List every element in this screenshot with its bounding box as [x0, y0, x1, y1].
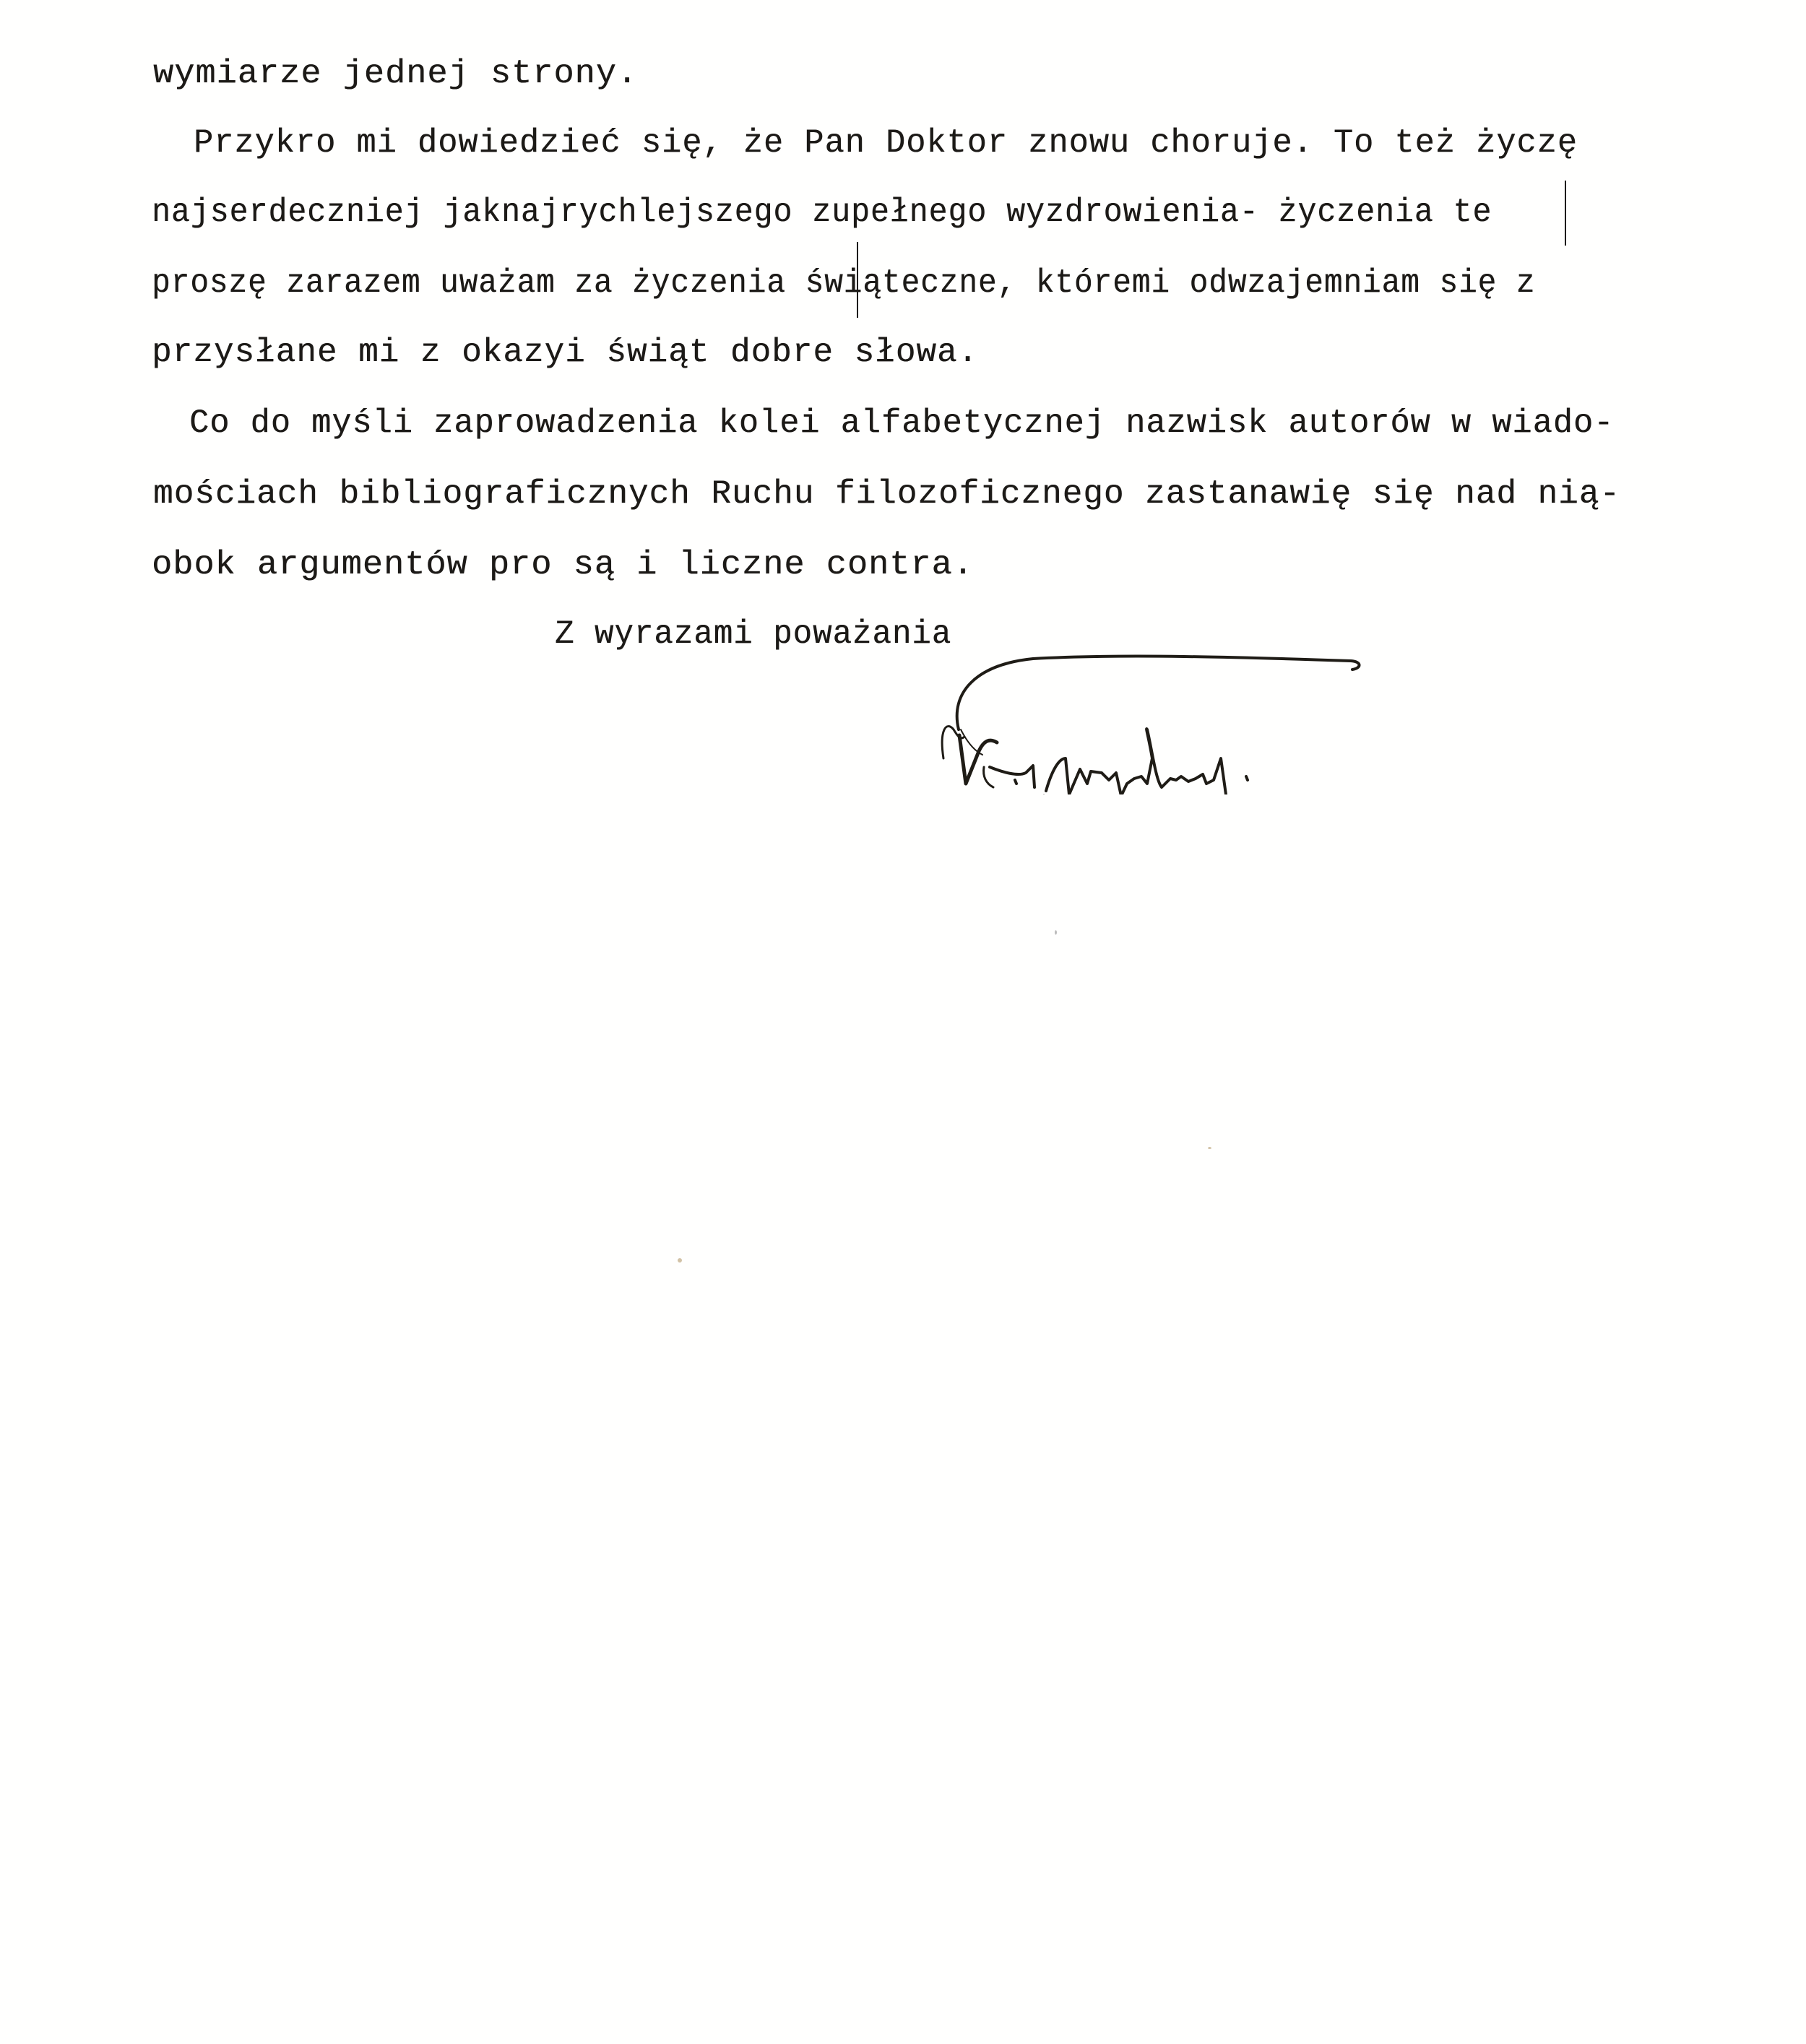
letter-page: wymiarze jednej strony. Przykro mi dowie… [0, 0, 1806, 2044]
paper-speck [1208, 1147, 1211, 1149]
letter-line-4: proszę zarazem uważam za życzenia świąte… [152, 261, 1535, 305]
letter-line-2: Przykro mi dowiedzieć się, że Pan Doktor… [194, 121, 1578, 165]
paper-speck [1055, 930, 1057, 935]
letter-line-5: przysłane mi z okazyi świąt dobre słowa. [152, 331, 978, 374]
letter-line-3: najserdeczniej jaknajrychlejszego zupełn… [152, 191, 1492, 234]
letter-line-8: obok argumentów pro są i liczne contra. [152, 543, 974, 586]
correction-mark [1565, 181, 1566, 246]
correction-mark [857, 242, 858, 318]
paper-speck [678, 1258, 682, 1263]
closing-salutation: Z wyrazami poważania [555, 612, 951, 656]
handwritten-signature [917, 650, 1495, 794]
letter-line-7: mościach bibliograficznych Ruchu filozof… [153, 472, 1620, 516]
letter-line-1: wymiarze jednej strony. [153, 52, 638, 95]
letter-line-6: Co do myśli zaprowadzenia kolei alfabety… [189, 402, 1614, 445]
